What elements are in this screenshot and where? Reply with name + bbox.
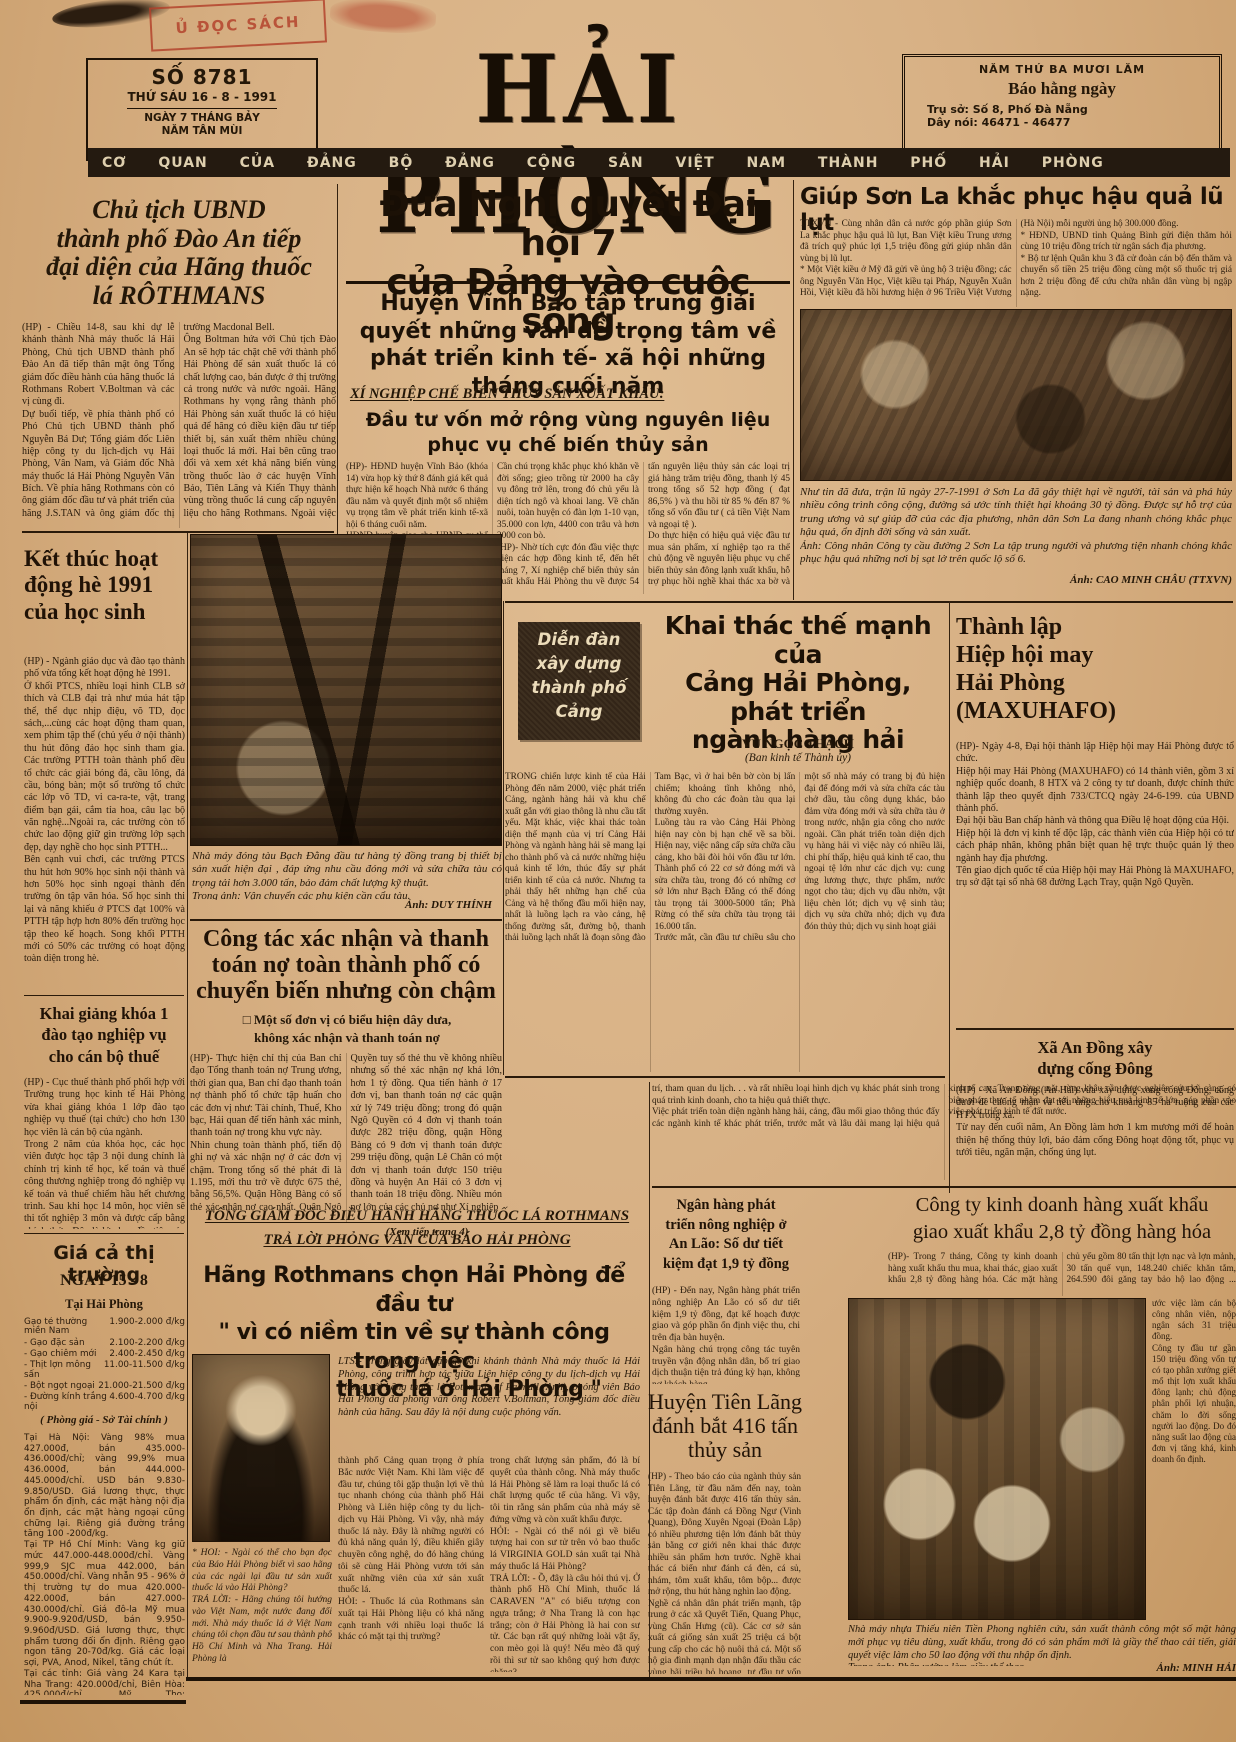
- interview-answer-col: thành phố Cảng quan trọng ở phía Bắc nướ…: [338, 1456, 484, 1672]
- lead-subhead2: Đầu tư vốn mở rộng vùng nguyên liệu phục…: [360, 408, 776, 458]
- tax-course-headline: Khai giảng khóa 1 đào tạo nghiệp vụ cho …: [26, 1003, 182, 1073]
- photo-sonla-flood: [800, 309, 1232, 481]
- export-co-body-continued: ước việc làm cán bộ công nhân viên, nộp …: [1152, 1298, 1236, 1620]
- bottom-rule-left: [20, 1700, 186, 1704]
- photo-shoe-workshop: [848, 1298, 1146, 1620]
- phone-number: Dây nói: 46471 - 46477: [905, 116, 1219, 129]
- market-date: NGÀY 15 - 8: [24, 1272, 184, 1290]
- section-rule: [505, 1076, 945, 1078]
- tienlang-headline: Huyện Tiên Lãng đánh bắt 416 tấn thủy sả…: [648, 1390, 802, 1470]
- sonla-caption: Như tin đã đưa, trận lũ ngày 27-7-1991 ở…: [800, 486, 1232, 572]
- summer-body: (HP) - Ngành giáo dục và đào tạo thành p…: [24, 656, 185, 990]
- interview-headline: Hãng Rothmans chọn Hải Phòng để đầu tư "…: [188, 1262, 640, 1350]
- tienphong-photo-credit: Ảnh: MINH HẢI: [1100, 1662, 1236, 1674]
- port-byline-org: (Ban kinh tế Thành ủy): [672, 752, 924, 764]
- daily-label: Báo hằng ngày: [905, 79, 1219, 99]
- interview-question-1: * HỎI: - Ngài có thể cho bạn đọc của Báo…: [192, 1548, 332, 1672]
- section-rule: [22, 531, 334, 533]
- price-row: - Gạo chiêm mới2.400-2.450 đ/kg: [24, 1349, 185, 1360]
- column-rule: [503, 601, 504, 1075]
- andong-headline: Xã An Đồng xây dựng cống Đông: [962, 1037, 1228, 1081]
- section-rule: [956, 1028, 1234, 1030]
- forum-box: Diễn đàn xây dựng thành phố Cảng: [518, 622, 640, 740]
- section-rule: [24, 1233, 184, 1234]
- port-byline: VŨ NGỌC THẠCH: [672, 736, 924, 752]
- export-co-headline: Công ty kinh doanh hàng xuất khẩu giao x…: [888, 1192, 1236, 1248]
- bottom-rule: [186, 1677, 1236, 1681]
- rothmans-reception-headline: Chủ tịch UBND thành phố Đào An tiếp đại …: [22, 196, 336, 318]
- export-co-body: (HP)- Trong 7 tháng, Công ty kinh doanh …: [888, 1252, 1236, 1296]
- interview-kicker-2: TRẢ LỜI PHỎNG VẤN CỦA BÁO HẢI PHÒNG: [195, 1232, 639, 1249]
- photo-boltman-portrait: [192, 1354, 330, 1542]
- sonla-photo-credit: Ảnh: CAO MINH CHÂU (TTXVN): [800, 574, 1232, 586]
- info-box: NĂM THỨ BA MƯƠI LĂM Báo hằng ngày Trụ sở…: [902, 54, 1222, 160]
- market-source-note: ( Phòng giá - Sở Tài chính ): [24, 1414, 184, 1426]
- column-rule: [793, 180, 794, 600]
- interview-lts-note: LTS:- Trong giây lát gặp gỡ khi khánh th…: [338, 1356, 640, 1450]
- debt-headline: Công tác xác nhận và thanh toán nợ toàn …: [190, 927, 502, 1007]
- section-rule: [24, 995, 184, 996]
- price-row: - Gạo đặc sản2.100-2.200 đ/kg: [24, 1338, 185, 1349]
- shipyard-caption: Nhà máy đóng tàu Bạch Đằng đầu tư hàng t…: [192, 850, 502, 900]
- section-rule: [652, 1186, 1236, 1188]
- price-row: - Thịt lợn mông sấn11.00-11.500 đ/kg: [24, 1360, 185, 1381]
- newspaper-front-page: Ủ ĐỌC SÁCH SỐ 8781 THỨ SÁU 16 - 8 - 1991…: [0, 0, 1236, 1742]
- maxuhafo-headline: Thành lập Hiệp hội may Hải Phòng (MAXUHA…: [956, 613, 1234, 735]
- sonla-body: TTXVN - Cùng nhân dân cả nước góp phần g…: [800, 219, 1232, 307]
- section-rule: [190, 919, 502, 921]
- debt-deck: □ Một số đơn vị có biểu hiện dây dưa, kh…: [202, 1011, 492, 1049]
- rothmans-reception-body: (HP) - Chiều 14-8, sau khi dự lễ khánh t…: [22, 322, 336, 528]
- section-rule: [505, 601, 1233, 603]
- market-place: Tại Hải Phòng: [24, 1297, 184, 1312]
- column-rule: [187, 533, 188, 1677]
- party-organ-banner: CƠ QUAN CỦA ĐẢNG BỘ ĐẢNG CỘNG SẢN VIỆT N…: [88, 148, 1230, 177]
- lead-rule: [346, 281, 790, 284]
- column-rule: [337, 184, 338, 592]
- debt-body: (HP)- Thực hiện chỉ thị của Ban chỉ đạo …: [190, 1053, 502, 1223]
- shipyard-photo-credit: Ảnh: DUY THÍNH: [202, 899, 492, 911]
- lead-kicker: XÍ NGHIỆP CHẾ BIẾN THỦY SẢN XUẤT KHẨU:: [350, 386, 786, 406]
- interview-answer-col: trong chất lượng sản phẩm, đó là bí quyế…: [490, 1456, 640, 1672]
- anlao-bank-headline: Ngân hàng phát triển nông nghiệp ở An Lã…: [652, 1196, 800, 1280]
- tienphong-caption: Nhà máy nhựa Thiếu niên Tiền Phong nghiê…: [848, 1624, 1236, 1666]
- market-other-cities: Tại Hà Nội: Vàng 98% mua 427.000đ, bán 4…: [24, 1433, 185, 1695]
- lead-headline: Đưa Nghị quyết Đại hội 7 của Đảng vào cu…: [346, 186, 790, 276]
- office-address: Trụ sở: Số 8, Phố Đà Nẵng: [905, 103, 1219, 116]
- summer-headline: Kết thúc hoạt động hè 1991 của học sinh: [24, 546, 186, 650]
- price-row: - Đường kính trắng nội4.600-4.700 đ/kg: [24, 1393, 185, 1413]
- anlao-bank-body: (HP) - Đến nay, Ngân hàng phát triển nôn…: [652, 1286, 800, 1384]
- year-of-publication: NĂM THỨ BA MƯƠI LĂM: [905, 63, 1219, 76]
- maxuhafo-body: (HP)- Ngày 4-8, Đại hội thành lập Hiệp h…: [956, 741, 1234, 1025]
- price-row: Gạo tẻ thường miền Nam1.900-2.000 đ/kg: [24, 1317, 185, 1338]
- faded-stamp: [329, 0, 437, 36]
- lead-subhead: Huyện Vĩnh Bảo tập trung giải quyết nhữn…: [346, 290, 790, 382]
- andong-body: (HP) - Xã An Đồng (An Hải) vừa xây dựng …: [956, 1085, 1234, 1183]
- port-body: TRONG chiến lược kinh tế của Hải Phòng đ…: [505, 772, 945, 1072]
- price-row: - Bột ngọt ngoại21.000-21.500 đ/kg: [24, 1381, 185, 1392]
- newspaper-title: HẢI PHÒNG: [255, 34, 903, 153]
- market-price-list: Gạo tẻ thường miền Nam1.900-2.000 đ/kg -…: [24, 1317, 185, 1413]
- tax-course-body: (HP) - Cục thuế thành phố phối hợp với T…: [24, 1077, 185, 1229]
- port-headline: Khai thác thế mạnh của Cảng Hải Phòng, p…: [652, 612, 944, 732]
- sonla-headline: Giúp Sơn La khắc phục hậu quả lũ lụt: [800, 184, 1234, 216]
- tienlang-body: (HP) - Theo báo cáo của ngành thủy sản T…: [648, 1472, 801, 1674]
- interview-kicker-1: TỔNG GIÁM ĐỐC ĐIỀU HÀNH HÃNG THUỐC LÁ RO…: [195, 1208, 639, 1225]
- photo-shipyard-crane: [190, 534, 502, 846]
